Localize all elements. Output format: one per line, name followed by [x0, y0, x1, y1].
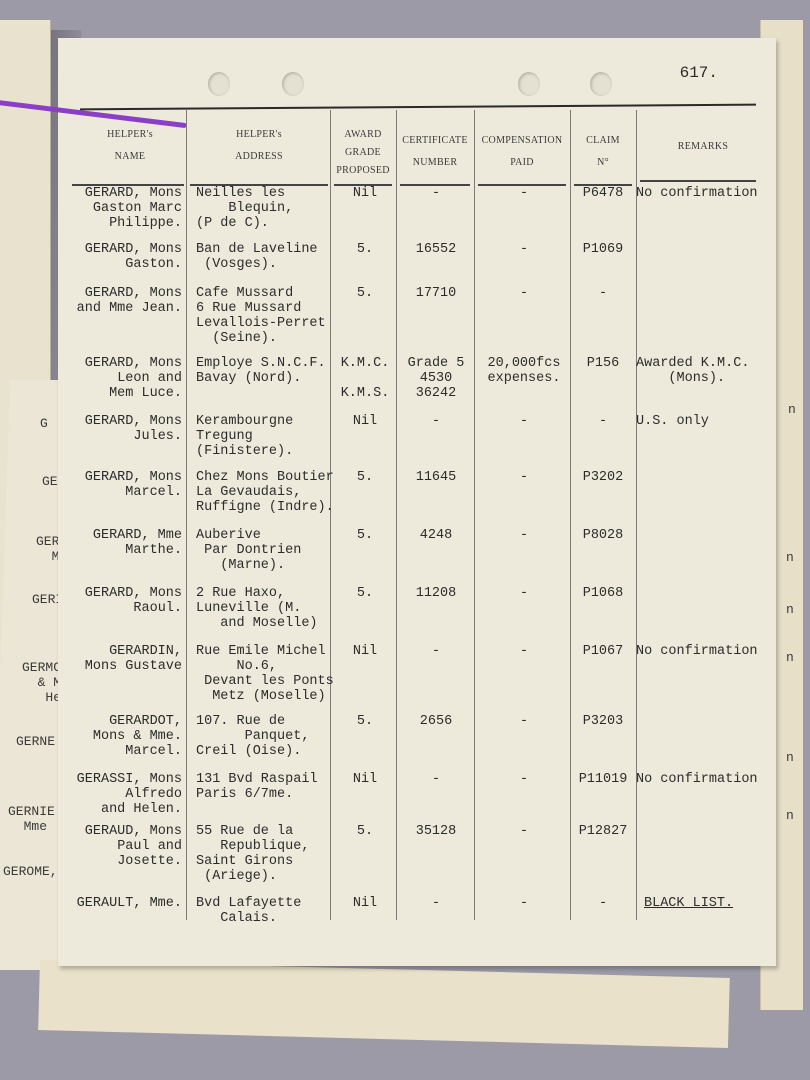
helper-address: Employe S.N.C.F. Bavay (Nord).: [196, 356, 346, 386]
header-helper-address: HELPER's ADDRESS: [188, 126, 330, 166]
header-helper-name: HELPER's NAME: [80, 126, 180, 166]
compensation-paid: -: [474, 186, 574, 201]
compensation-paid: -: [474, 896, 574, 911]
helper-address: Chez Mons Boutier La Gevaudais, Ruffigne…: [196, 470, 346, 515]
award-grade: Nil: [330, 414, 400, 429]
header-claim: CLAIM N°: [570, 132, 636, 172]
award-grade: Nil: [330, 644, 400, 659]
right-peek-text: n: [786, 750, 794, 765]
claim-number: -: [570, 414, 636, 429]
certificate-number: -: [398, 772, 474, 787]
certificate-number: Grade 5 4530 36242: [398, 356, 474, 401]
compensation-paid: -: [474, 286, 574, 301]
punch-hole: [208, 72, 230, 96]
helper-address: 55 Rue de la Republique, Saint Girons (A…: [196, 824, 346, 884]
right-peek-text: n: [786, 550, 794, 565]
award-grade: Nil: [330, 772, 400, 787]
left-peek-text: GE: [42, 474, 58, 489]
column-divider: [396, 110, 397, 920]
column-divider: [570, 110, 571, 920]
column-divider: [474, 110, 475, 920]
certificate-number: 2656: [398, 714, 474, 729]
helper-address: Ban de Laveline (Vosges).: [196, 242, 346, 272]
helper-address: Bvd Lafayette Calais.: [196, 896, 346, 926]
claim-number: P6478: [570, 186, 636, 201]
right-peek-text: n: [786, 808, 794, 823]
claim-number: P8028: [570, 528, 636, 543]
helper-address: Neilles les Blequin, (P de C).: [196, 186, 346, 231]
award-grade: Nil: [330, 186, 400, 201]
helper-address: 107. Rue de Panquet, Creil (Oise).: [196, 714, 346, 759]
left-peek-text: GEROME,: [3, 864, 58, 879]
header-line: GRADE: [330, 144, 396, 162]
remarks: U.S. only: [636, 414, 776, 429]
left-peek-text: G: [40, 416, 48, 431]
certificate-number: -: [398, 186, 474, 201]
compensation-paid: -: [474, 714, 574, 729]
punch-hole: [282, 72, 304, 96]
helper-name: GERARD, Mme Marthe.: [72, 528, 182, 558]
claim-number: P1069: [570, 242, 636, 257]
helper-name: GERASSI, Mons Alfredo and Helen.: [72, 772, 182, 817]
compensation-paid: -: [474, 586, 574, 601]
claim-number: P12827: [570, 824, 636, 839]
helper-address: 2 Rue Haxo, Luneville (M. and Moselle): [196, 586, 346, 631]
header-line: CERTIFICATE: [396, 132, 474, 150]
header-line: AWARD: [330, 126, 396, 144]
claim-number: P1068: [570, 586, 636, 601]
remarks-black-list: BLACK LIST.: [644, 896, 784, 911]
header-line: N°: [570, 154, 636, 172]
page-number: 617.: [680, 64, 718, 82]
certificate-number: -: [398, 414, 474, 429]
helper-name: GERARD, Mons and Mme Jean.: [72, 286, 182, 316]
claim-number: P1067: [570, 644, 636, 659]
header-line: REMARKS: [636, 138, 770, 156]
compensation-paid: 20,000fcs expenses.: [474, 356, 574, 386]
header-award-grade: AWARD GRADE PROPOSED: [330, 126, 396, 180]
certificate-number: 11645: [398, 470, 474, 485]
claim-number: -: [570, 286, 636, 301]
remarks: Awarded K.M.C. (Mons).: [636, 356, 776, 386]
helper-name: GERARD, Mons Jules.: [72, 414, 182, 444]
header-line: NAME: [80, 148, 180, 166]
right-peek-text: n: [786, 602, 794, 617]
header-compensation: COMPENSATION PAID: [474, 132, 570, 172]
remarks: No confirmation: [636, 772, 776, 787]
header-line: CLAIM: [570, 132, 636, 150]
compensation-paid: -: [474, 242, 574, 257]
right-peek-text: n: [786, 650, 794, 665]
compensation-paid: -: [474, 528, 574, 543]
left-peek-text: GERMC & M He: [22, 660, 61, 705]
award-grade: 5.: [330, 528, 400, 543]
award-grade: 5.: [330, 824, 400, 839]
remarks: No confirmation: [636, 186, 776, 201]
helper-address: 131 Bvd Raspail Paris 6/7me.: [196, 772, 346, 802]
certificate-number: 11208: [398, 586, 474, 601]
helper-address: Rue Emile Michel No.6, Devant les Ponts …: [196, 644, 346, 704]
compensation-paid: -: [474, 414, 574, 429]
award-grade: Nil: [330, 896, 400, 911]
helper-name: GERARD, Mons Leon and Mem Luce.: [72, 356, 182, 401]
helper-address: Cafe Mussard 6 Rue Mussard Levallois-Per…: [196, 286, 346, 346]
header-line: HELPER's: [80, 126, 180, 144]
punch-hole: [590, 72, 612, 96]
right-peek-text: n: [788, 402, 796, 417]
helper-name: GERARDIN, Mons Gustave: [72, 644, 182, 674]
compensation-paid: -: [474, 772, 574, 787]
ledger-page: 617. HELPER's NAME HELPER's ADDRESS AWAR…: [58, 38, 776, 966]
award-grade: K.M.C. K.M.S.: [330, 356, 400, 401]
header-line: COMPENSATION: [474, 132, 570, 150]
certificate-number: -: [398, 896, 474, 911]
header-certificate: CERTIFICATE NUMBER: [396, 132, 474, 172]
compensation-paid: -: [474, 824, 574, 839]
column-divider: [636, 110, 637, 920]
certificate-number: 16552: [398, 242, 474, 257]
helper-name: GERARD, Mons Raoul.: [72, 586, 182, 616]
award-grade: 5.: [330, 242, 400, 257]
helper-name: GERAUD, Mons Paul and Josette.: [72, 824, 182, 869]
column-divider: [186, 110, 187, 920]
helper-name: GERARDOT, Mons & Mme. Marcel.: [72, 714, 182, 759]
header-line: ADDRESS: [188, 148, 330, 166]
header-line: HELPER's: [188, 126, 330, 144]
award-grade: 5.: [330, 586, 400, 601]
header-line: NUMBER: [396, 154, 474, 172]
claim-number: -: [570, 896, 636, 911]
award-grade: 5.: [330, 286, 400, 301]
remarks: No confirmation: [636, 644, 776, 659]
certificate-number: 17710: [398, 286, 474, 301]
claim-number: P3203: [570, 714, 636, 729]
helper-name: GERARD, Mons Gaston Marc Philippe.: [72, 186, 182, 231]
certificate-number: -: [398, 644, 474, 659]
claim-number: P11019: [570, 772, 636, 787]
header-line: PAID: [474, 154, 570, 172]
helper-name: GERARD, Mons Gaston.: [72, 242, 182, 272]
helper-address: Kerambourgne Tregung (Finistere).: [196, 414, 346, 459]
claim-number: P156: [570, 356, 636, 371]
award-grade: 5.: [330, 470, 400, 485]
certificate-number: 4248: [398, 528, 474, 543]
left-peek-text: GERNE: [16, 734, 55, 749]
helper-address: Auberive Par Dontrien (Marne).: [196, 528, 346, 573]
claim-number: P3202: [570, 470, 636, 485]
header-underline: [640, 180, 756, 182]
compensation-paid: -: [474, 470, 574, 485]
top-rule: [80, 104, 756, 111]
certificate-number: 35128: [398, 824, 474, 839]
left-peek-text: GER M: [36, 534, 59, 564]
header-remarks: REMARKS: [636, 138, 770, 156]
left-peek-text: GERNIE Mme: [8, 804, 55, 834]
helper-name: GERAULT, Mme.: [72, 896, 182, 911]
award-grade: 5.: [330, 714, 400, 729]
punch-hole: [518, 72, 540, 96]
compensation-paid: -: [474, 644, 574, 659]
header-line: PROPOSED: [330, 162, 396, 180]
helper-name: GERARD, Mons Marcel.: [72, 470, 182, 500]
background-page-bottom: [38, 960, 730, 1048]
